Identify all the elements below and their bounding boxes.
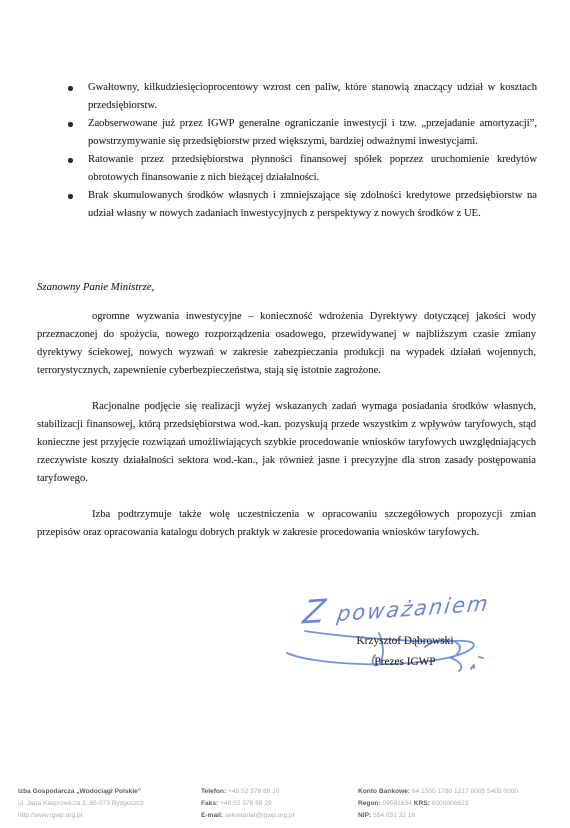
org-website: http://www.igwp.org.pl [18,810,144,822]
bullet-text: Brak skumulowanych środków własnych i zm… [88,190,537,219]
nip-value: 554 031 32 16 [373,812,415,819]
paragraph: Racjonalne podjęcie się realizacji wyżej… [37,398,536,488]
email-value: sekretariat@igwp.org.pl [225,812,294,819]
regon-value: 09581634 [383,800,412,807]
bullet-item: Brak skumulowanych środków własnych i zm… [60,187,537,223]
footer-contact-column: Telefon: +48 52 376 89 10 Faks: +48 52 3… [201,786,294,822]
phone-value: +48 52 376 89 10 [228,788,280,795]
bullet-item: Gwałtowny, kilkudziesięcioprocentowy wzr… [60,79,537,115]
bullet-text: Gwałtowny, kilkudziesięcioprocentowy wzr… [88,82,537,111]
handwritten-word: poważaniem [336,591,492,626]
org-name: Izba Gospodarcza „Wodociągi Polskie” [18,788,141,795]
bullet-item: Zaobserwowane już przez IGWP generalne o… [60,115,537,151]
bullet-dot-icon [68,158,73,163]
bank-value: 64 1500 1780 1217 8005 5405 0000 [412,788,518,795]
signer-block: Krzysztof Dąbrowski Prezes IGWP [285,635,525,668]
phone-label: Telefon: [201,788,226,795]
bullet-dot-icon [68,194,73,199]
bullet-text: Zaobserwowane już przez IGWP generalne o… [88,118,537,147]
bullet-dot-icon [68,86,73,91]
bullet-item: Ratowanie przez przedsiębiorstwa płynnoś… [60,151,537,187]
bullet-list: Gwałtowny, kilkudziesięcioprocentowy wzr… [60,79,537,223]
bank-label: Konto Bankowe: [358,788,410,795]
bullet-text: Ratowanie przez przedsiębiorstwa płynnoś… [88,154,537,183]
signer-title: Prezes IGWP [285,656,525,668]
krs-label: KRS: [414,800,430,807]
paragraph: Izba podtrzymuje także wolę uczestniczen… [37,506,536,542]
email-label: E-mail: [201,812,223,819]
org-address: ul. Jana Kasprowicza 2, 85-073 Bydgoszcz [18,798,144,810]
regon-label: Regon: [358,800,381,807]
fax-value: +48 52 376 89 29 [220,800,272,807]
signer-name: Krzysztof Dąbrowski [285,635,525,647]
bullet-dot-icon [68,122,73,127]
paragraph: ogromne wyzwania inwestycyjne – konieczn… [37,308,536,380]
footer-legal-column: Konto Bankowe: 64 1500 1780 1217 8005 54… [358,786,518,822]
fax-label: Faks: [201,800,218,807]
closing-block: Z poważaniem Krzysztof Dąbrowski Prezes … [285,585,525,668]
footer-org-column: Izba Gospodarcza „Wodociągi Polskie” ul.… [18,786,144,822]
nip-label: NIP: [358,812,371,819]
krs-value: 0000006623 [432,800,469,807]
salutation: Szanowny Panie Ministrze, [37,281,154,293]
letter-page: Gwałtowny, kilkudziesięcioprocentowy wzr… [0,0,570,828]
